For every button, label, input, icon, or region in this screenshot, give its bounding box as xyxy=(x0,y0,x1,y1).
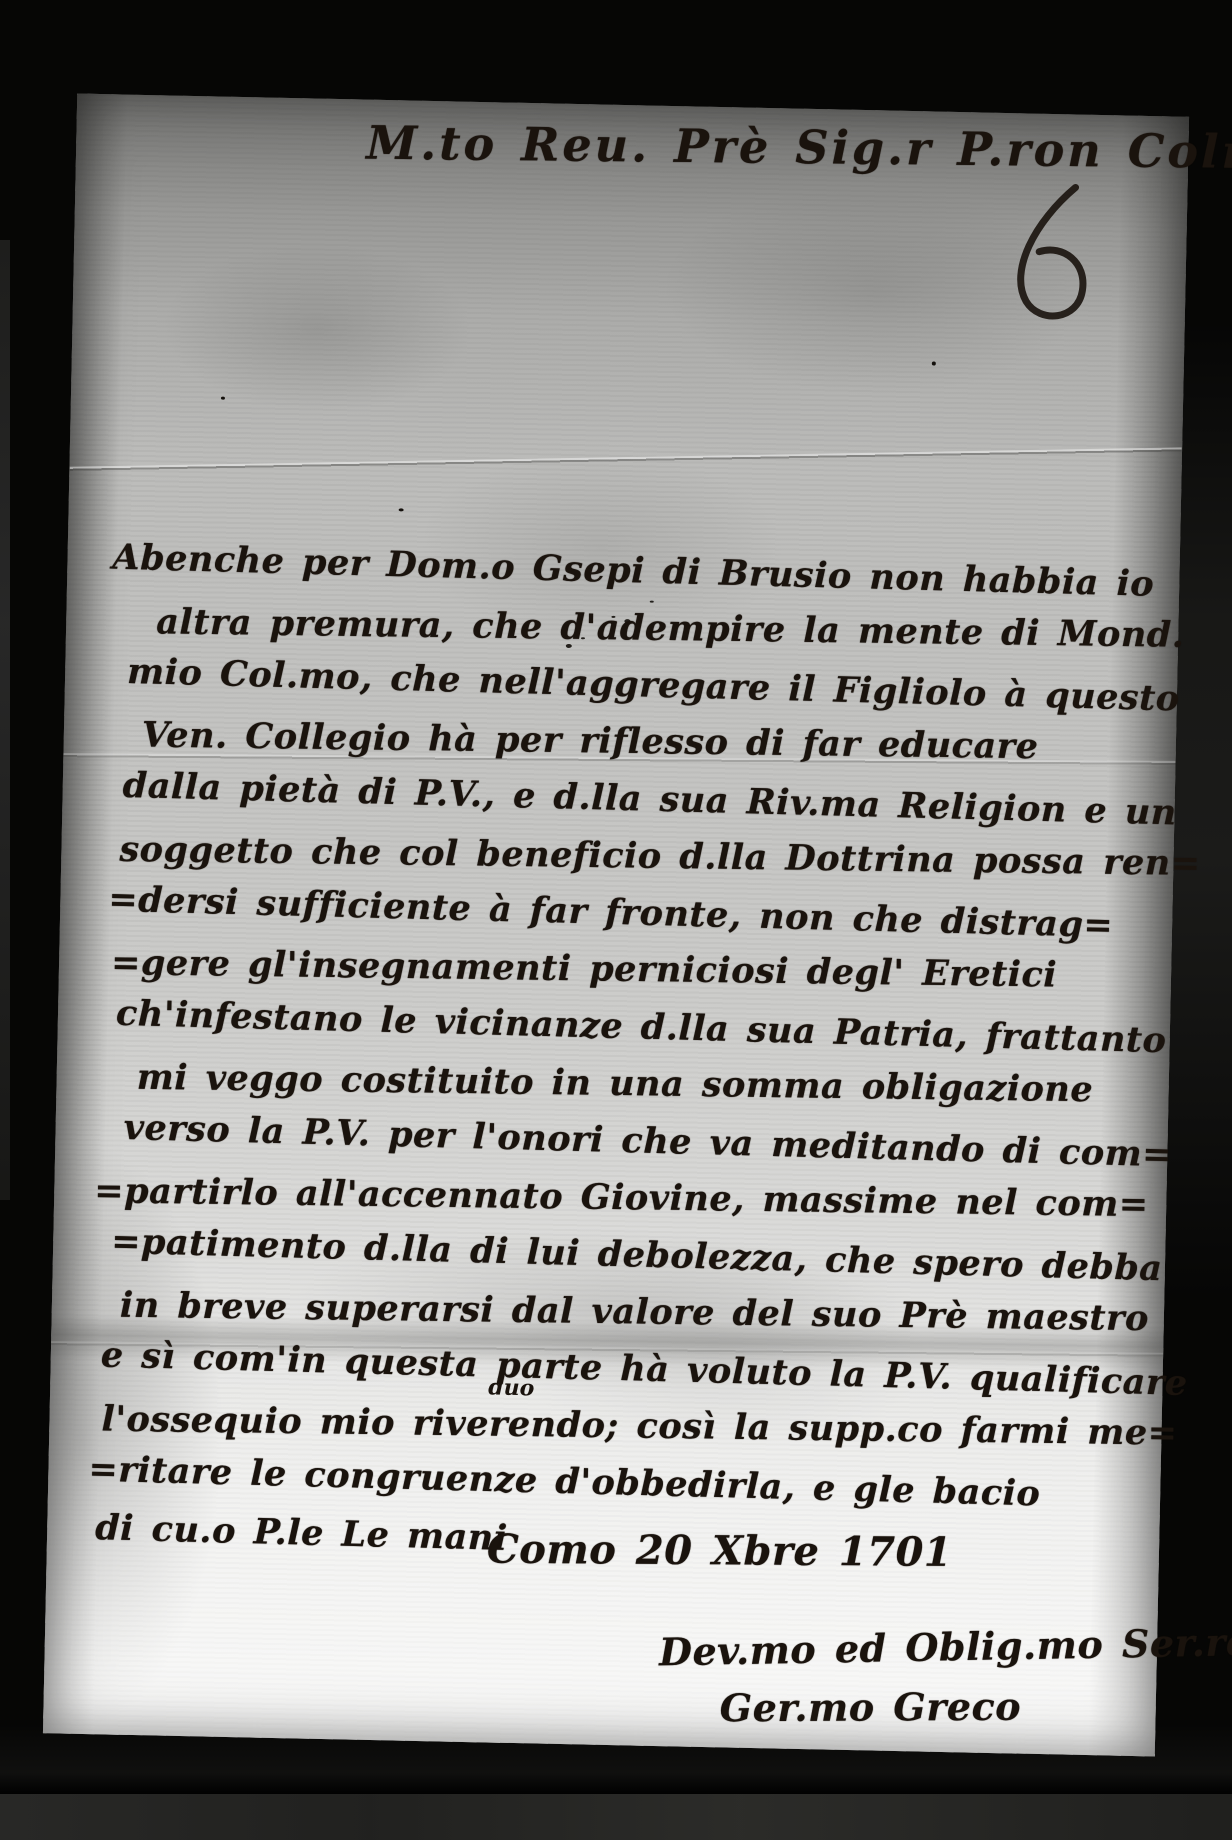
salutation-flourish xyxy=(978,180,1111,333)
ink-speck xyxy=(932,361,936,365)
ink-speck xyxy=(221,397,225,400)
interlinear-annotation: duo xyxy=(488,1374,535,1401)
fold-crease-upper xyxy=(70,447,1182,471)
letter-salutation: M.to Reu. Prè Sig.r P.ron Colmō xyxy=(366,116,1137,178)
letter-closing-left: di cu.o P.le Le mani xyxy=(95,1502,509,1565)
signature-name: Ger.mo Greco xyxy=(720,1684,1022,1731)
photo-frame-left-strip xyxy=(0,240,10,1200)
letter-paper: M.to Reu. Prè Sig.r P.ron Colmō Abenche … xyxy=(43,94,1189,1757)
signature-valediction: Dev.mo ed Oblig.mo Ser.re xyxy=(659,1619,1232,1674)
photo-frame-bottom-band xyxy=(0,1794,1232,1840)
ink-speck xyxy=(399,508,404,511)
letter-dateline: Como 20 Xbre 1701 xyxy=(487,1526,953,1576)
letter-photograph: { "photo": { "background_color": "#06060… xyxy=(0,0,1232,1840)
